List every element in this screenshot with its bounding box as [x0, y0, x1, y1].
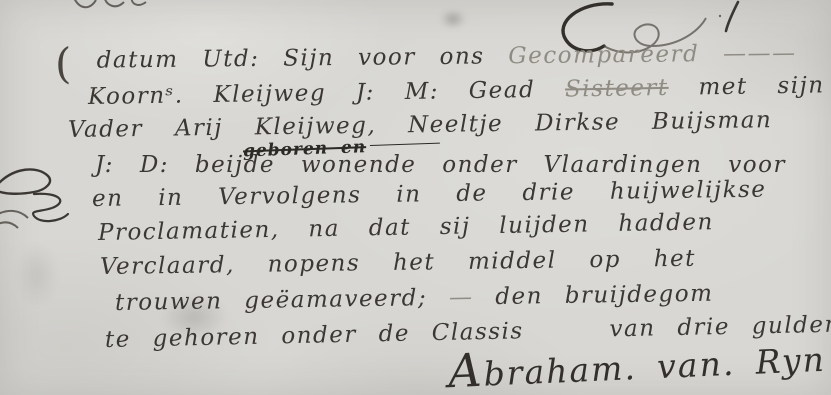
text-segment: Verclaard, nopens het middel op het [100, 246, 696, 280]
manuscript-scan: ( datum Utd: Sijn voor ons Gecompareerd … [0, 0, 831, 395]
ink-blot [438, 8, 468, 30]
text-segment: — [449, 284, 474, 310]
text-segment: Koornˢ. Kleijweg J: M: Gead [88, 77, 536, 110]
manuscript-line line-verclaard: Verclaard, nopens het middel op het [100, 246, 696, 280]
ink-smudge [14, 240, 60, 310]
text-segment: Gecompareerd [508, 41, 699, 69]
manuscript-line line-trouwen: trouwen geëamaveerd; — den bruijdegom [115, 281, 714, 316]
text-segment: J: D: beijde wonende onder Vlaardingen v… [95, 152, 786, 178]
text-segment: trouwen geëamaveerd; [115, 285, 428, 316]
text-segment: den bruijdegom [495, 281, 714, 310]
top-left-descender-fragment [70, 0, 160, 14]
manuscript-line line-datum: ( datum Utd: Sijn voor ons Gecompareerd … [55, 40, 797, 74]
text-segment: Neeltje Dirkse Buijsman [408, 107, 773, 138]
text-segment: datum Utd: Sijn voor ons [97, 44, 485, 74]
manuscript-line line-bruidegom: Koornˢ. Kleijweg J: M: Gead Sisteert met… [88, 72, 825, 110]
text-segment: Proclamatien, na dat sij luijden hadden [98, 209, 714, 246]
manuscript-line line-wonende: J: D: beijde wonende onder Vlaardingen v… [95, 152, 786, 178]
manuscript-line line-vervolgens: en in Vervolgens in de drie huijwelijkse [92, 177, 767, 212]
manuscript-line line-proclamatien: Proclamatien, na dat sij luijden hadden [98, 209, 714, 246]
text-segment: ——— [723, 40, 797, 67]
top-right-stroke [718, 0, 744, 34]
text-segment: ( [55, 39, 73, 88]
text-segment: Sisteert [565, 75, 669, 103]
text-segment: en in Vervolgens in de drie huijwelijkse [92, 177, 767, 212]
text-segment: met sijn [698, 72, 824, 100]
